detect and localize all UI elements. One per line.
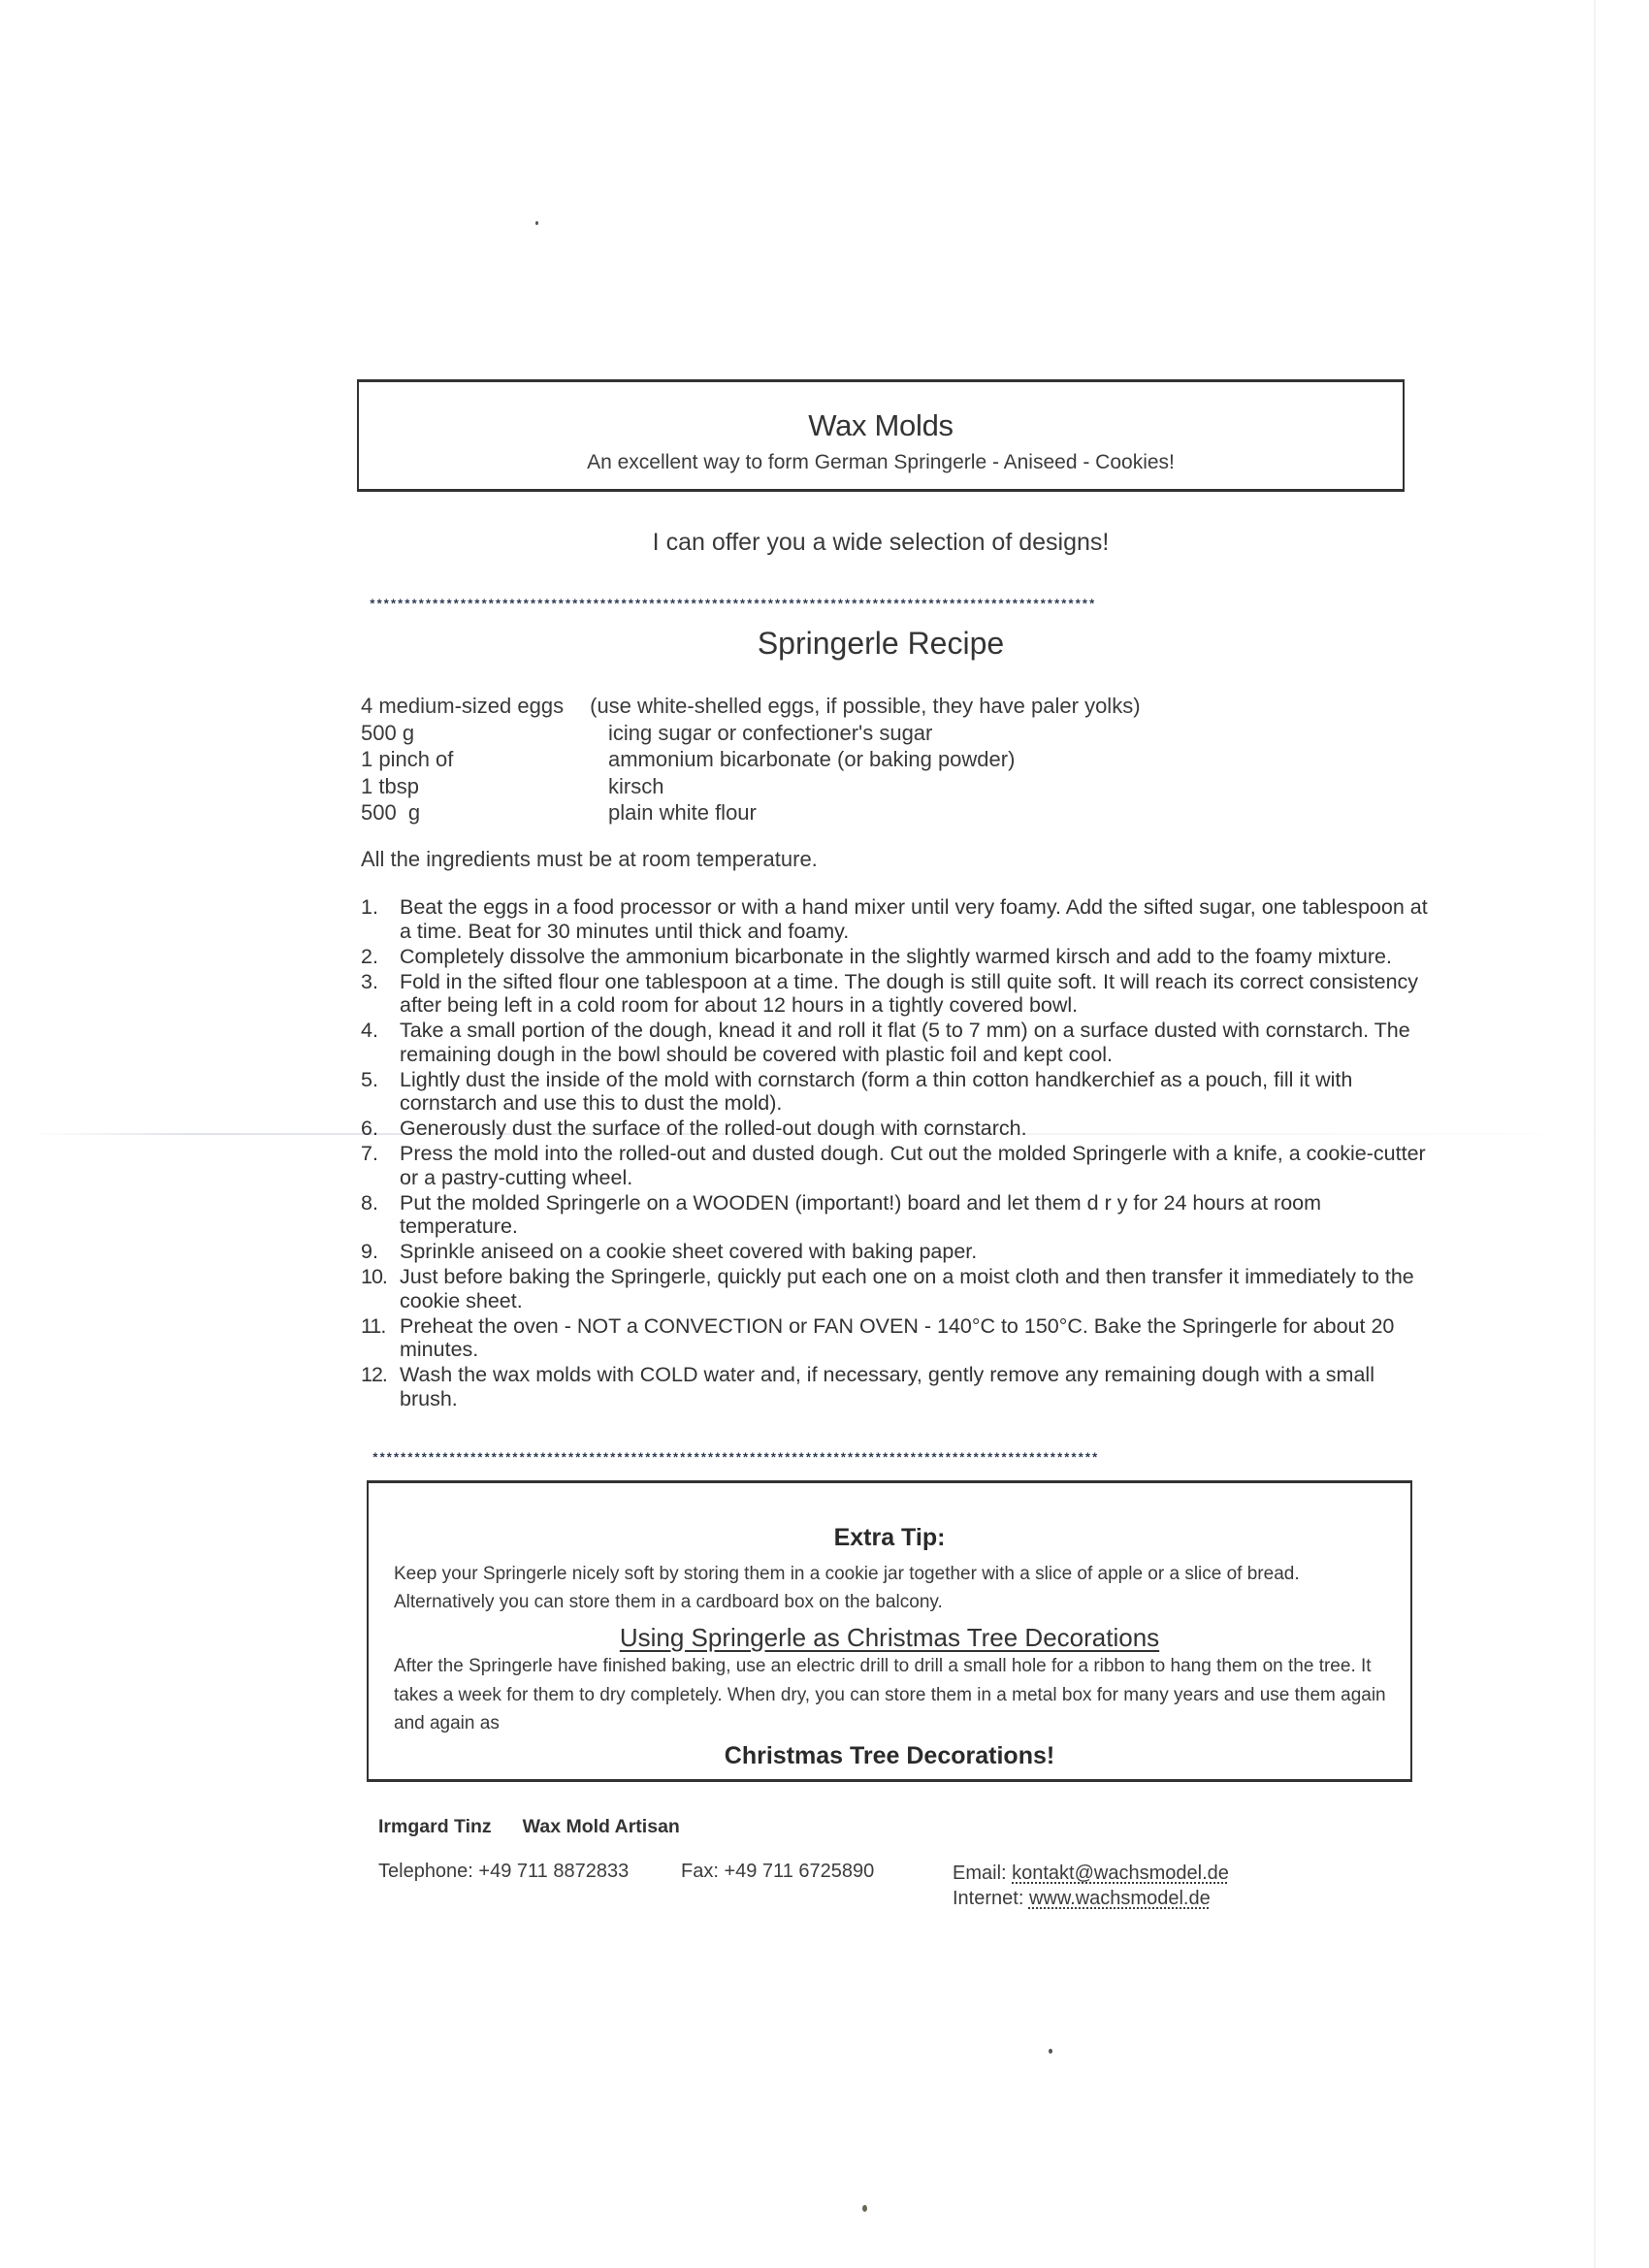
ingredient-desc: ammonium bicarbonate (or baking powder) (608, 746, 1015, 773)
ingredient-row: 500 g icing sugar or confectioner's suga… (361, 720, 1141, 747)
step-number: 4. (361, 1019, 400, 1066)
header-box: Wax Molds An excellent way to form Germa… (357, 379, 1405, 492)
contact-online: Email: kontakt@wachsmodel.de Internet: w… (953, 1861, 1229, 1911)
email-label: Email: (953, 1863, 1012, 1884)
step-list: 1.Beat the eggs in a food processor or w… (361, 895, 1438, 1412)
step-number: 8. (361, 1191, 400, 1239)
step-text: Press the mold into the rolled-out and d… (400, 1142, 1438, 1189)
step-item: 11.Preheat the oven - NOT a CONVECTION o… (361, 1314, 1438, 1362)
step-text: Take a small portion of the dough, knead… (400, 1019, 1438, 1066)
ingredient-desc: (use white-shelled eggs, if possible, th… (584, 693, 1141, 720)
step-text: Completely dissolve the ammonium bicarbo… (400, 945, 1438, 969)
ingredient-desc: icing sugar or confectioner's sugar (608, 720, 932, 747)
internet-label: Internet: (953, 1888, 1029, 1909)
step-text: Beat the eggs in a food processor or wit… (400, 895, 1438, 943)
ingredient-row: 500 g plain white flour (361, 799, 1141, 826)
step-number: 6. (361, 1117, 400, 1141)
step-number: 5. (361, 1068, 400, 1116)
telephone: Telephone: +49 711 8872833 (378, 1861, 681, 1883)
step-number: 1. (361, 895, 400, 943)
step-item: 9.Sprinkle aniseed on a cookie sheet cov… (361, 1240, 1438, 1264)
ingredient-qty: 500 g (361, 720, 608, 747)
step-item: 2.Completely dissolve the ammonium bicar… (361, 945, 1438, 969)
extra-tip-text: Keep your Springerle nicely soft by stor… (394, 1560, 1391, 1616)
step-item: 6.Generously dust the surface of the rol… (361, 1117, 1438, 1141)
step-item: 7.Press the mold into the rolled-out and… (361, 1142, 1438, 1189)
step-number: 12. (361, 1363, 400, 1410)
contact-role: Wax Mold Artisan (523, 1816, 680, 1838)
step-number: 9. (361, 1240, 400, 1264)
contact-name: Irmgard Tinz (378, 1816, 492, 1838)
step-number: 7. (361, 1142, 400, 1189)
decorations-heading: Using Springerle as Christmas Tree Decor… (369, 1623, 1410, 1653)
asterisk-divider: ****************************************… (369, 598, 1416, 613)
ingredient-qty: 4 medium-sized eggs (361, 693, 608, 720)
email-link[interactable]: kontakt@wachsmodel.de (1012, 1863, 1229, 1884)
step-text: Just before baking the Springerle, quick… (400, 1265, 1438, 1312)
step-item: 4.Take a small portion of the dough, kne… (361, 1019, 1438, 1066)
scan-speck (535, 221, 538, 225)
contact-phone-row: Telephone: +49 711 8872833 Fax: +49 711 … (378, 1861, 945, 1883)
ingredient-desc: plain white flour (608, 799, 757, 826)
contact-block: Irmgard Tinz Wax Mold Artisan Telephone:… (378, 1816, 680, 1838)
contact-header: Irmgard Tinz Wax Mold Artisan (378, 1816, 680, 1838)
fax: Fax: +49 711 6725890 (681, 1861, 945, 1883)
recipe-title: Springerle Recipe (357, 626, 1405, 662)
asterisk-divider: ****************************************… (372, 1451, 1419, 1467)
step-item: 5.Lightly dust the inside of the mold wi… (361, 1068, 1438, 1116)
ingredient-qty: 1 pinch of (361, 746, 608, 773)
website-link[interactable]: www.wachsmodel.de (1029, 1888, 1211, 1909)
ingredient-row: 1 tbsp kirsch (361, 773, 1141, 800)
ingredient-row: 4 medium-sized eggs (use white-shelled e… (361, 693, 1141, 720)
page-title: Wax Molds (359, 408, 1403, 443)
step-item: 1.Beat the eggs in a food processor or w… (361, 895, 1438, 943)
step-item: 3.Fold in the sifted flour one tablespoo… (361, 970, 1438, 1018)
step-text: Wash the wax molds with COLD water and, … (400, 1363, 1438, 1410)
step-number: 11. (361, 1314, 400, 1362)
ingredients-note: All the ingredients must be at room temp… (361, 847, 818, 872)
email-row: Email: kontakt@wachsmodel.de (953, 1861, 1229, 1886)
ingredient-list: 4 medium-sized eggs (use white-shelled e… (361, 693, 1141, 826)
extra-tip-title: Extra Tip: (369, 1524, 1410, 1552)
decorations-heading-text: Using Springerle as Christmas Tree Decor… (620, 1623, 1159, 1652)
step-item: 10.Just before baking the Springerle, qu… (361, 1265, 1438, 1312)
extra-tip-box: Extra Tip: Keep your Springerle nicely s… (367, 1480, 1412, 1782)
step-text: Put the molded Springerle on a WOODEN (i… (400, 1191, 1438, 1239)
scan-speck (1049, 2049, 1052, 2054)
scan-speck (862, 2205, 867, 2212)
decorations-text: After the Springerle have finished bakin… (394, 1652, 1391, 1738)
internet-row: Internet: www.wachsmodel.de (953, 1886, 1229, 1911)
step-number: 3. (361, 970, 400, 1018)
step-text: Sprinkle aniseed on a cookie sheet cover… (400, 1240, 1438, 1264)
step-number: 2. (361, 945, 400, 969)
step-text: Preheat the oven - NOT a CONVECTION or F… (400, 1314, 1438, 1362)
step-item: 8.Put the molded Springerle on a WOODEN … (361, 1191, 1438, 1239)
step-item: 12.Wash the wax molds with COLD water an… (361, 1363, 1438, 1410)
ingredient-desc: kirsch (608, 773, 663, 800)
step-text: Fold in the sifted flour one tablespoon … (400, 970, 1438, 1018)
ingredient-qty: 1 tbsp (361, 773, 608, 800)
step-text: Lightly dust the inside of the mold with… (400, 1068, 1438, 1116)
step-text: Generously dust the surface of the rolle… (400, 1117, 1438, 1141)
step-number: 10. (361, 1265, 400, 1312)
ingredient-qty: 500 g (361, 799, 608, 826)
decorations-closing: Christmas Tree Decorations! (369, 1742, 1410, 1770)
page-subtitle: An excellent way to form German Springer… (359, 451, 1403, 474)
offer-text: I can offer you a wide selection of desi… (357, 529, 1405, 557)
ingredient-row: 1 pinch of ammonium bicarbonate (or baki… (361, 746, 1141, 773)
